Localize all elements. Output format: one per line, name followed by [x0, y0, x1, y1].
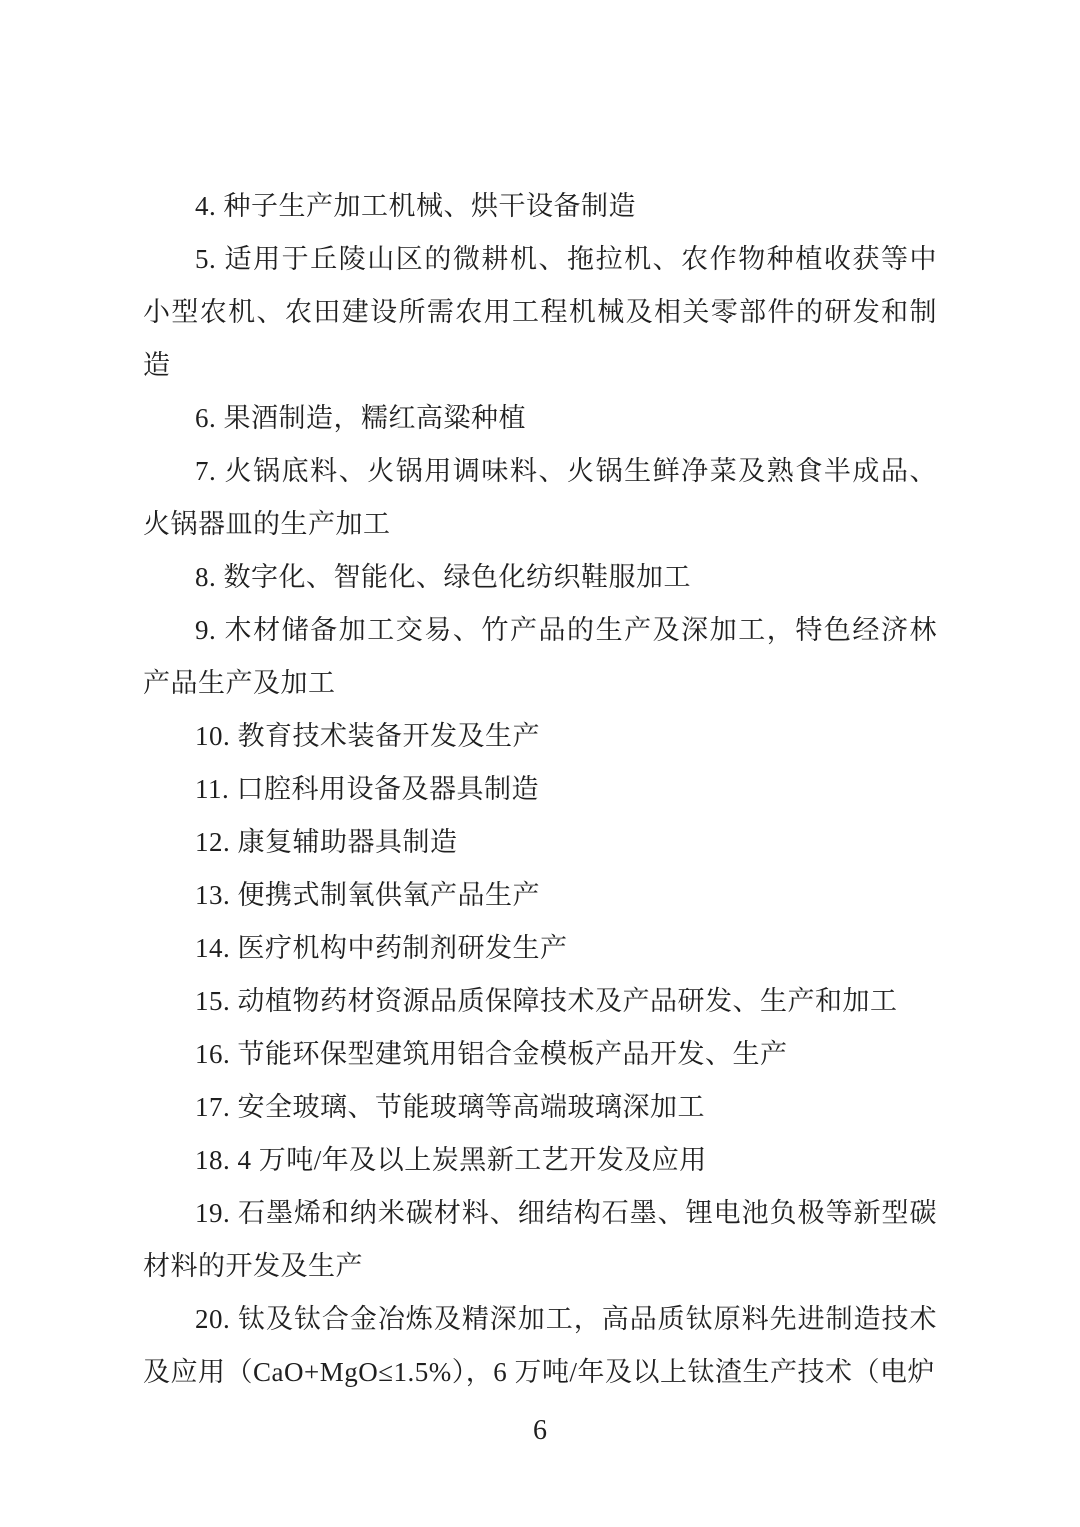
- item-text: 口腔科用设备及器具制造: [237, 774, 540, 804]
- item-number: 5.: [195, 244, 216, 274]
- document-body: 4. 种子生产加工机械、烘干设备制造 5. 适用于丘陵山区的微耕机、拖拉机、农作…: [143, 180, 937, 1399]
- item-number: 12.: [195, 827, 230, 857]
- item-text: 石墨烯和纳米碳材料、细结构石墨、锂电池负极等新型碳材料的开发及生产: [143, 1198, 937, 1281]
- page-number: 6: [143, 1404, 937, 1457]
- document-page: 4. 种子生产加工机械、烘干设备制造 5. 适用于丘陵山区的微耕机、拖拉机、农作…: [0, 0, 1080, 1527]
- item-number: 20.: [195, 1304, 230, 1334]
- item-number: 19.: [195, 1198, 230, 1228]
- item-number: 14.: [195, 933, 230, 963]
- list-item: 14. 医疗机构中药制剂研发生产: [143, 922, 937, 975]
- item-number: 13.: [195, 880, 230, 910]
- list-item: 20. 钛及钛合金冶炼及精深加工，高品质钛原料先进制造技术及应用（CaO+MgO…: [143, 1293, 937, 1399]
- item-text: 种子生产加工机械、烘干设备制造: [224, 191, 637, 221]
- list-item: 8. 数字化、智能化、绿色化纺织鞋服加工: [143, 551, 937, 604]
- item-text: 动植物药材资源品质保障技术及产品研发、生产和加工: [238, 986, 898, 1016]
- item-text: 果酒制造，糯红高粱种植: [224, 403, 527, 433]
- list-item: 13. 便携式制氧供氧产品生产: [143, 869, 937, 922]
- item-text: 便携式制氧供氧产品生产: [238, 880, 541, 910]
- item-number: 8.: [195, 562, 216, 592]
- list-item: 6. 果酒制造，糯红高粱种植: [143, 392, 937, 445]
- list-item: 9. 木材储备加工交易、竹产品的生产及深加工，特色经济林产品生产及加工: [143, 604, 937, 710]
- item-number: 11.: [195, 774, 229, 804]
- list-item: 4. 种子生产加工机械、烘干设备制造: [143, 180, 937, 233]
- item-text: 康复辅助器具制造: [238, 827, 458, 857]
- list-item: 16. 节能环保型建筑用铝合金模板产品开发、生产: [143, 1028, 937, 1081]
- item-text: 木材储备加工交易、竹产品的生产及深加工，特色经济林产品生产及加工: [143, 615, 937, 698]
- list-item: 11. 口腔科用设备及器具制造: [143, 763, 937, 816]
- list-item: 18. 4 万吨/年及以上炭黑新工艺开发及应用: [143, 1134, 937, 1187]
- item-number: 16.: [195, 1039, 230, 1069]
- item-text: 医疗机构中药制剂研发生产: [238, 933, 568, 963]
- list-item: 17. 安全玻璃、节能玻璃等高端玻璃深加工: [143, 1081, 937, 1134]
- item-number: 7.: [195, 456, 216, 486]
- item-text: 火锅底料、火锅用调味料、火锅生鲜净菜及熟食半成品、火锅器皿的生产加工: [143, 456, 937, 539]
- item-text: 适用于丘陵山区的微耕机、拖拉机、农作物种植收获等中小型农机、农田建设所需农用工程…: [143, 244, 937, 380]
- list-item: 7. 火锅底料、火锅用调味料、火锅生鲜净菜及熟食半成品、火锅器皿的生产加工: [143, 445, 937, 551]
- item-text: 数字化、智能化、绿色化纺织鞋服加工: [224, 562, 692, 592]
- item-number: 6.: [195, 403, 216, 433]
- list-item: 19. 石墨烯和纳米碳材料、细结构石墨、锂电池负极等新型碳材料的开发及生产: [143, 1187, 937, 1293]
- list-item: 10. 教育技术装备开发及生产: [143, 710, 937, 763]
- item-text: 4 万吨/年及以上炭黑新工艺开发及应用: [238, 1145, 707, 1175]
- item-text: 节能环保型建筑用铝合金模板产品开发、生产: [238, 1039, 788, 1069]
- list-item: 12. 康复辅助器具制造: [143, 816, 937, 869]
- list-item: 5. 适用于丘陵山区的微耕机、拖拉机、农作物种植收获等中小型农机、农田建设所需农…: [143, 233, 937, 392]
- item-number: 18.: [195, 1145, 230, 1175]
- item-number: 15.: [195, 986, 230, 1016]
- item-number: 17.: [195, 1092, 230, 1122]
- list-item: 15. 动植物药材资源品质保障技术及产品研发、生产和加工: [143, 975, 937, 1028]
- item-text: 钛及钛合金冶炼及精深加工，高品质钛原料先进制造技术及应用（CaO+MgO≤1.5…: [143, 1304, 937, 1387]
- item-number: 4.: [195, 191, 216, 221]
- item-number: 9.: [195, 615, 216, 645]
- item-number: 10.: [195, 721, 230, 751]
- item-text: 安全玻璃、节能玻璃等高端玻璃深加工: [238, 1092, 706, 1122]
- item-text: 教育技术装备开发及生产: [238, 721, 541, 751]
